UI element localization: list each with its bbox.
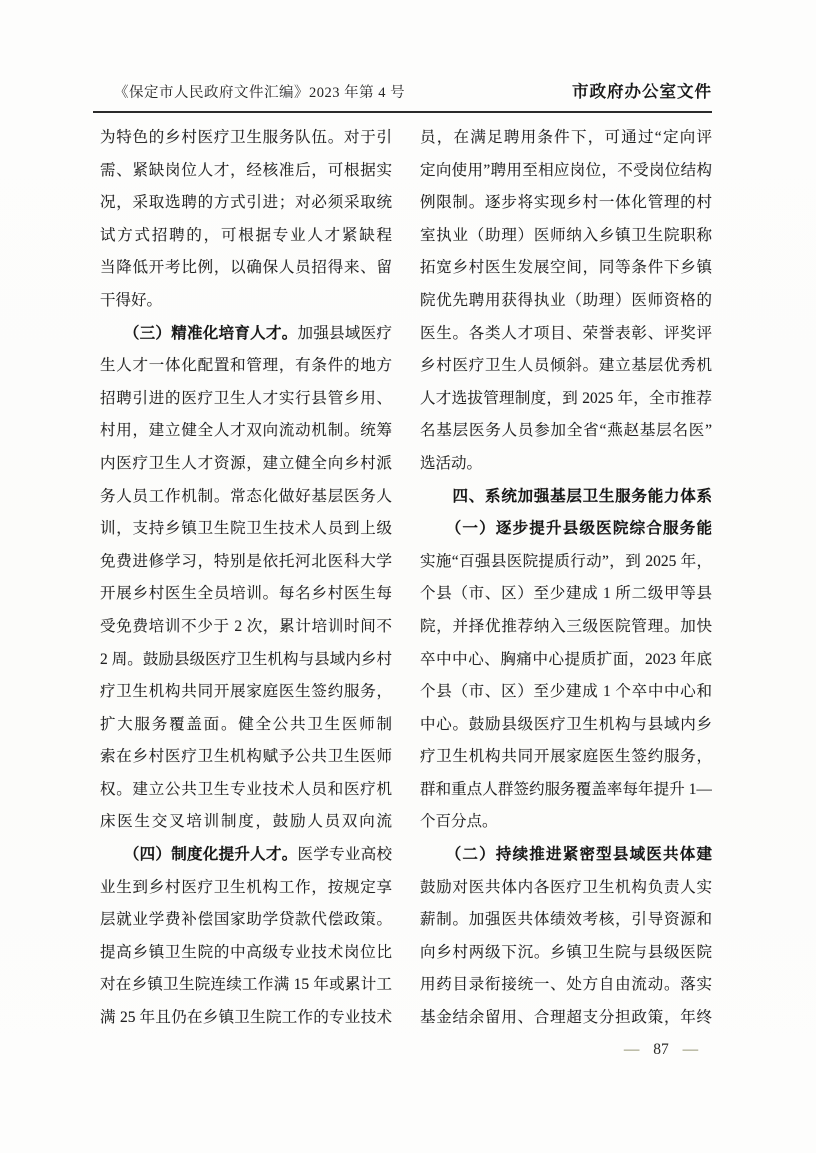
text-line: 内医疗卫生人才资源，建立健全向乡村派驻医 <box>100 448 392 481</box>
text-line: 院优先聘用获得执业（助理）医师资格的乡村 <box>420 285 712 318</box>
text-line: 室执业（助理）医师纳入乡镇卫生院职称评聘。 <box>420 220 712 253</box>
text-line: 提高乡镇卫生院的中高级专业技术岗位比例。 <box>100 937 392 970</box>
page-number-value: 87 <box>653 1041 669 1058</box>
text-line: 个县（市、区）至少建成 1 所二级甲等县级医 <box>420 578 712 611</box>
text-line: 村用，建立健全人才双向流动机制。统筹县域 <box>100 415 392 448</box>
text-line: 个百分点。 <box>420 806 712 839</box>
text-line: 索在乡村医疗卫生机构赋予公共卫生医师处方 <box>100 741 392 774</box>
text-line: 2 周。鼓励县级医疗卫生机构与县域内乡村医 <box>100 644 392 677</box>
header-compilation-title: 《保定市人民政府文件汇编》2023 年第 4 号 <box>93 81 405 102</box>
page-number: — 87 — <box>599 1041 723 1059</box>
text-line: 需、紧缺岗位人才，经核准后，可根据实际情 <box>100 155 392 188</box>
page-number-right-dash: — <box>683 1041 699 1058</box>
text-line: 四、系统加强基层卫生服务能力体系建设 <box>420 481 712 514</box>
text-line: 务人员工作机制。常态化做好基层医务人员培 <box>100 481 392 514</box>
text-line: 干得好。 <box>100 285 392 318</box>
text-line: 受免费培训不少于 2 次，累计培训时间不少于 <box>100 611 392 644</box>
text-line: 对在乡镇卫生院连续工作满 15 年或累计工作 <box>100 969 392 1002</box>
paragraph: （三）精准化培育人才。加强县域医疗卫生人才一体化配置和管理，有条件的地方可对招聘… <box>100 318 392 840</box>
text-line: 卒中中心、胸痛中心提质扩面，2023 年底前每 <box>420 644 712 677</box>
text-line: 权。建立公共卫生专业技术人员和医疗机构临 <box>100 774 392 807</box>
text-line: 名基层医务人员参加全省“燕赵基层名医”遴 <box>420 415 712 448</box>
text-line: 生人才一体化配置和管理，有条件的地方可对 <box>100 350 392 383</box>
text-line: 员，在满足聘用条件下，可通过“定向评价、 <box>420 122 712 155</box>
text-line: 用药目录衔接统一、处方自由流动。落实医保 <box>420 969 712 1002</box>
right-column: 员，在满足聘用条件下，可通过“定向评价、定向使用”聘用至相应岗位，不受岗位结构比… <box>420 122 712 1035</box>
text-line: 院，并择优推荐纳入三级医院管理。加快推进 <box>420 611 712 644</box>
text-line: 扩大服务覆盖面。健全公共卫生医师制度，探 <box>100 709 392 742</box>
subsection-lead: （一）逐步提升县级医院综合服务能力。 <box>420 520 712 546</box>
text-line: 疗卫生机构共同开展家庭医生签约服务，全人 <box>420 741 712 774</box>
text-line: 医生。各类人才项目、荣誉表彰、评奖评优向 <box>420 318 712 351</box>
text-line: （一）逐步提升县级医院综合服务能力。 <box>420 513 712 546</box>
text-line: 业生到乡村医疗卫生机构工作，按规定享受基 <box>100 872 392 905</box>
text-line: （二）持续推进紧密型县域医共体建设。 <box>420 839 712 872</box>
subsection-lead: （二）持续推进紧密型县域医共体建设。 <box>420 846 712 872</box>
paragraph: （四）制度化提升人才。医学专业高校毕业生到乡村医疗卫生机构工作，按规定享受基层就… <box>100 839 392 1035</box>
text-line: 况，采取选聘的方式引进；对必须采取统一考 <box>100 187 392 220</box>
section-heading: 四、系统加强基层卫生服务能力体系建设 <box>420 481 712 514</box>
text-line: （三）精准化培育人才。加强县域医疗卫 <box>100 318 392 351</box>
paragraph: 为特色的乡村医疗卫生服务队伍。对于引进急需、紧缺岗位人才，经核准后，可根据实际情… <box>100 122 392 318</box>
subsection-lead: （四）制度化提升人才。 <box>132 846 298 863</box>
text-line: 层就业学费补偿国家助学贷款代偿政策。适当 <box>100 904 392 937</box>
text-line: 中心。鼓励县级医疗卫生机构与县域内乡村医 <box>420 709 712 742</box>
text-line: 免费进修学习，特别是依托河北医科大学持续 <box>100 546 392 579</box>
text-line: 选活动。 <box>420 448 712 481</box>
document-body: 为特色的乡村医疗卫生服务队伍。对于引进急需、紧缺岗位人才，经核准后，可根据实际情… <box>100 122 712 1035</box>
text-line: 鼓励对医共体内各医疗卫生机构负责人实行年 <box>420 872 712 905</box>
paragraph: （二）持续推进紧密型县域医共体建设。鼓励对医共体内各医疗卫生机构负责人实行年薪制… <box>420 839 712 1035</box>
text-line: 开展乡村医生全员培训。每名乡村医生每年接 <box>100 578 392 611</box>
page-header: 《保定市人民政府文件汇编》2023 年第 4 号 市政府办公室文件 <box>93 78 712 113</box>
text-line: 定向使用”聘用至相应岗位，不受岗位结构比 <box>420 155 712 188</box>
text-line: 疗卫生机构共同开展家庭医生签约服务，稳步 <box>100 676 392 709</box>
text-line: 招聘引进的医疗卫生人才实行县管乡用、乡聘 <box>100 383 392 416</box>
text-line: 训，支持乡镇卫生院卫生技术人员到上级机构 <box>100 513 392 546</box>
text-line: 床医生交叉培训制度，鼓励人员双向流动。 <box>100 806 392 839</box>
text-line: 当降低开考比例，以确保人员招得来、留得住、 <box>100 252 392 285</box>
text-line: 薪制。加强医共体绩效考核，引导资源和患者 <box>420 904 712 937</box>
left-column: 为特色的乡村医疗卫生服务队伍。对于引进急需、紧缺岗位人才，经核准后，可根据实际情… <box>100 122 392 1035</box>
page-number-left-dash: — <box>624 1041 640 1058</box>
paragraph: （一）逐步提升县级医院综合服务能力。实施“百强县医院提质行动”，到 2025 年… <box>420 513 712 839</box>
text-line: 实施“百强县医院提质行动”，到 2025 年，每 <box>420 546 712 579</box>
paragraph: 员，在满足聘用条件下，可通过“定向评价、定向使用”聘用至相应岗位，不受岗位结构比… <box>420 122 712 481</box>
text-line: 为特色的乡村医疗卫生服务队伍。对于引进急 <box>100 122 392 155</box>
text-line: 例限制。逐步将实现乡村一体化管理的村卫生 <box>420 187 712 220</box>
subsection-lead: （三）精准化培育人才。 <box>132 325 298 342</box>
text-line: （四）制度化提升人才。医学专业高校毕 <box>100 839 392 872</box>
text-line: 基金结余留用、合理超支分担政策，年终结余 <box>420 1002 712 1035</box>
document-page: 《保定市人民政府文件汇编》2023 年第 4 号 市政府办公室文件 为特色的乡村… <box>0 0 816 1153</box>
text-line: 试方式招聘的，可根据专业人才紧缺程度，适 <box>100 220 392 253</box>
text-line: 人才选拔管理制度，到 2025 年，全市推荐 100 <box>420 383 712 416</box>
text-line: 群和重点人群签约服务覆盖率每年提升 1—3 <box>420 774 712 807</box>
text-line: 满 25 年且仍在乡镇卫生院工作的专业技术人 <box>100 1002 392 1035</box>
text-line: 个县（市、区）至少建成 1 个卒中中心和胸痛 <box>420 676 712 709</box>
header-doc-category: 市政府办公室文件 <box>572 78 712 102</box>
text-line: 乡村医疗卫生人员倾斜。建立基层优秀机构和 <box>420 350 712 383</box>
text-line: 拓宽乡村医生发展空间，同等条件下乡镇卫生 <box>420 252 712 285</box>
text-line: 向乡村两级下沉。乡镇卫生院与县级医院实现 <box>420 937 712 970</box>
